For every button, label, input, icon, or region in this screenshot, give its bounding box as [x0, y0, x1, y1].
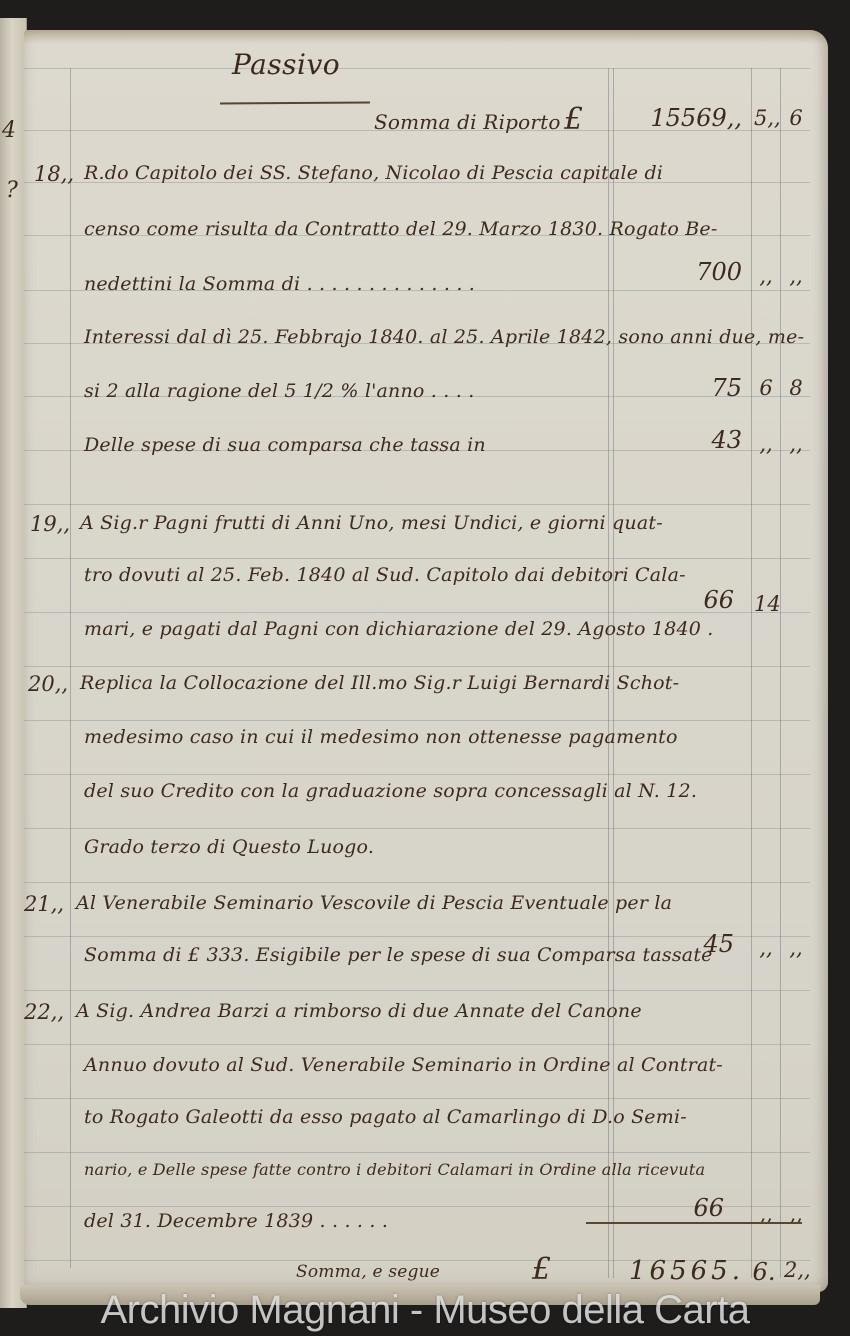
- margin-mark: 4: [2, 118, 16, 143]
- entry-number: 21,,: [24, 892, 64, 916]
- entry-line: del suo Credito con la graduazione sopra…: [84, 780, 697, 802]
- carried-forward-soldi: 5,,: [754, 106, 778, 130]
- amount-lire: 45: [624, 930, 734, 958]
- heading-underline: [220, 101, 370, 104]
- lira-symbol: £: [532, 1252, 551, 1287]
- margin-mark: ?: [6, 178, 18, 203]
- entry-number: 19,,: [30, 512, 70, 536]
- entry-line: Delle spese di sua comparsa che tassa in: [84, 434, 486, 456]
- lira-symbol: £: [564, 102, 583, 137]
- amount-denari: ,,: [784, 264, 808, 288]
- amount-denari: ,,: [784, 936, 808, 960]
- archive-watermark: Archivio Magnani - Museo della Carta: [0, 1288, 850, 1333]
- amount-soldi: ,,: [754, 264, 778, 288]
- entry-line: Replica la Collocazione del Ill.mo Sig.r…: [80, 672, 679, 694]
- amount-lire: 75: [624, 374, 742, 402]
- entry-line: nedettini la Somma di . . . . . . . . . …: [84, 273, 475, 295]
- entry-line: mari, e pagati dal Pagni con dichiarazio…: [84, 618, 714, 640]
- adjacent-page-edge: 4 ?: [0, 18, 27, 1308]
- amount-denari: 8: [784, 376, 808, 400]
- carried-forward-denari: 6: [784, 106, 808, 130]
- entry-number: 22,,: [24, 1000, 64, 1024]
- page-heading: Passivo: [232, 48, 340, 81]
- entry-line: nario, e Delle spese fatte contro i debi…: [84, 1160, 705, 1179]
- carried-forward-lire: 15569,,: [624, 104, 742, 132]
- entry-number: 18,,: [34, 162, 74, 186]
- carried-forward-label: Somma di Riporto: [374, 110, 561, 134]
- entry-line: censo come risulta da Contratto del 29. …: [84, 218, 717, 240]
- entry-line: si 2 alla ragione del 5 1/2 % l'anno . .…: [84, 380, 474, 402]
- amount-soldi: ,,: [754, 936, 778, 960]
- entry-line: A Sig.r Pagni frutti di Anni Uno, mesi U…: [80, 512, 663, 534]
- entry-line: tro dovuti al 25. Feb. 1840 al Sud. Capi…: [84, 564, 686, 586]
- entry-line: Al Venerabile Seminario Vescovile di Pes…: [76, 892, 672, 914]
- amount-soldi: 14: [754, 592, 778, 616]
- entry-line: Annuo dovuto al Sud. Venerabile Seminari…: [84, 1054, 723, 1076]
- entry-line: to Rogato Galeotti da esso pagato al Cam…: [84, 1106, 687, 1128]
- amount-lire: 66: [624, 1194, 724, 1222]
- entry-line: medesimo caso in cui il medesimo non ott…: [84, 726, 678, 748]
- total-rule: [586, 1222, 802, 1224]
- ledger-page: Passivo Somma di Riporto £ 15569,, 5,, 6…: [24, 30, 828, 1292]
- entry-line: R.do Capitolo dei SS. Stefano, Nicolao d…: [84, 162, 663, 184]
- entry-number: 20,,: [28, 672, 68, 696]
- entry-line: A Sig. Andrea Barzi a rimborso di due An…: [76, 1000, 642, 1022]
- entry-line: del 31. Decembre 1839 . . . . . .: [84, 1210, 388, 1232]
- entry-line: Interessi dal dì 25. Febbrajo 1840. al 2…: [84, 326, 804, 348]
- total-lire: 16565.: [620, 1256, 744, 1286]
- entry-line: Grado terzo di Questo Luogo.: [84, 836, 374, 858]
- amount-lire: 43: [624, 426, 742, 454]
- entry-line: Somma di £ 333. Esigibile per le spese d…: [84, 944, 713, 966]
- amount-soldi: ,,: [754, 432, 778, 456]
- amount-soldi: 6: [754, 376, 778, 400]
- amount-lire: 66: [624, 586, 734, 614]
- total-denari: 2,,: [784, 1258, 808, 1282]
- amount-denari: ,,: [784, 432, 808, 456]
- amount-lire: 700: [624, 258, 742, 286]
- total-soldi: 6.: [752, 1258, 776, 1286]
- total-label: Somma, e segue: [296, 1262, 440, 1282]
